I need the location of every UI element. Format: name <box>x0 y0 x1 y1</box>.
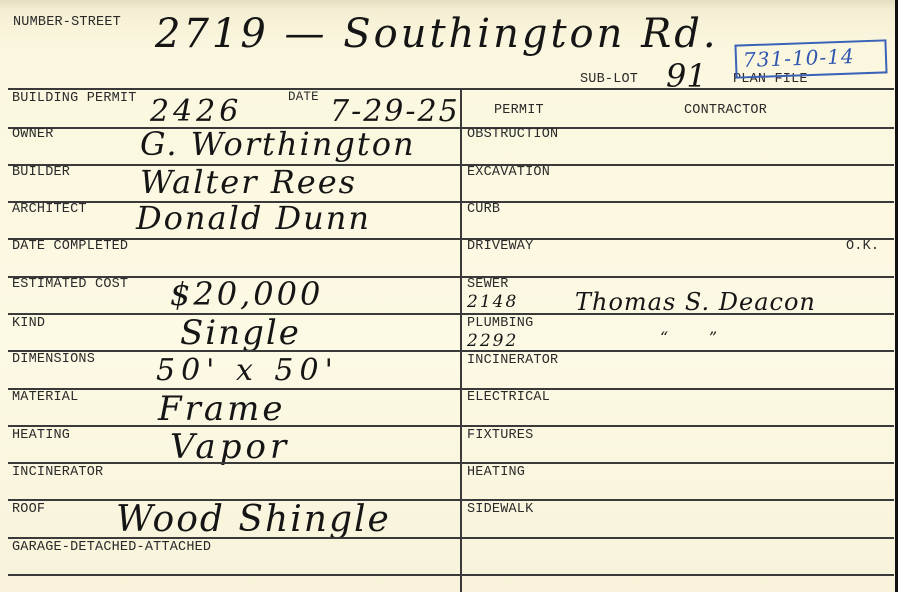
row-line <box>462 462 894 464</box>
row-line <box>462 276 894 278</box>
sub-lot-label: SUB-LOT <box>580 73 638 87</box>
excavation-label: EXCAVATION <box>467 166 550 180</box>
permit-header: PERMIT <box>494 104 544 118</box>
number-street-value: 2719 — Southington Rd. <box>155 14 719 54</box>
contractor-header: CONTRACTOR <box>684 104 767 118</box>
incinerator-label: INCINERATOR <box>12 466 103 480</box>
row-line <box>8 462 460 464</box>
row-line <box>462 313 894 315</box>
sewer-label: SEWER <box>467 278 509 292</box>
estimated-cost-label: ESTIMATED COST <box>12 278 128 292</box>
heating-permit-label: HEATING <box>467 466 525 480</box>
garage-label: GARAGE-DETACHED-ATTACHED <box>12 541 211 555</box>
builder-label: BUILDER <box>12 166 70 180</box>
plumbing-contractor: “ ” <box>660 330 717 346</box>
row-line <box>8 574 460 576</box>
plan-file-stamp: 731-10-14 <box>743 44 855 72</box>
incinerator-permit-label: INCINERATOR <box>467 354 558 368</box>
owner-label: OWNER <box>12 128 54 142</box>
row-line <box>462 499 894 501</box>
curb-label: CURB <box>467 203 500 217</box>
roof-label: ROOF <box>12 503 45 517</box>
row-line <box>462 201 894 203</box>
header-divider <box>8 88 894 90</box>
electrical-label: ELECTRICAL <box>467 391 550 405</box>
row-line <box>462 425 894 427</box>
date-label: DATE <box>288 91 319 104</box>
sewer-contractor: Thomas S. Deacon <box>575 290 816 314</box>
row-line <box>8 537 460 539</box>
permit-date-value: 7-29-25 <box>330 97 460 127</box>
building-permit-card: NUMBER-STREET 2719 — Southington Rd. SUB… <box>0 0 898 592</box>
row-line <box>462 350 894 352</box>
fixtures-label: FIXTURES <box>467 429 533 443</box>
heating-value: Vapor <box>170 430 290 464</box>
date-completed-label: DATE COMPLETED <box>12 240 128 254</box>
plumbing-label: PLUMBING <box>467 317 533 331</box>
material-value: Frame <box>158 392 285 426</box>
plumbing-permit: 2292 <box>467 333 518 350</box>
material-label: MATERIAL <box>12 391 78 405</box>
building-permit-value: 2426 <box>150 97 242 127</box>
kind-value: Single <box>180 316 301 350</box>
kind-label: KIND <box>12 317 45 331</box>
estimated-cost-value: $20,000 <box>170 278 323 310</box>
row-line <box>462 537 894 539</box>
roof-value: Wood Shingle <box>116 502 391 538</box>
heating-label: HEATING <box>12 429 70 443</box>
dimensions-label: DIMENSIONS <box>12 353 95 367</box>
dimensions-value: 50' x 50' <box>156 356 339 386</box>
builder-value: Walter Rees <box>140 166 357 198</box>
sidewalk-label: SIDEWALK <box>467 503 533 517</box>
row-line <box>462 574 894 576</box>
obstruction-label: OBSTRUCTION <box>467 128 558 142</box>
architect-label: ARCHITECT <box>12 203 87 217</box>
building-permit-label: BUILDING PERMIT <box>12 92 137 106</box>
number-street-label: NUMBER-STREET <box>13 16 121 30</box>
driveway-label: DRIVEWAY <box>467 240 533 254</box>
architect-value: Donald Dunn <box>136 202 371 234</box>
driveway-contractor: O.K. <box>846 240 879 254</box>
sewer-permit: 2148 <box>467 294 518 311</box>
owner-value: G. Worthington <box>140 128 416 160</box>
